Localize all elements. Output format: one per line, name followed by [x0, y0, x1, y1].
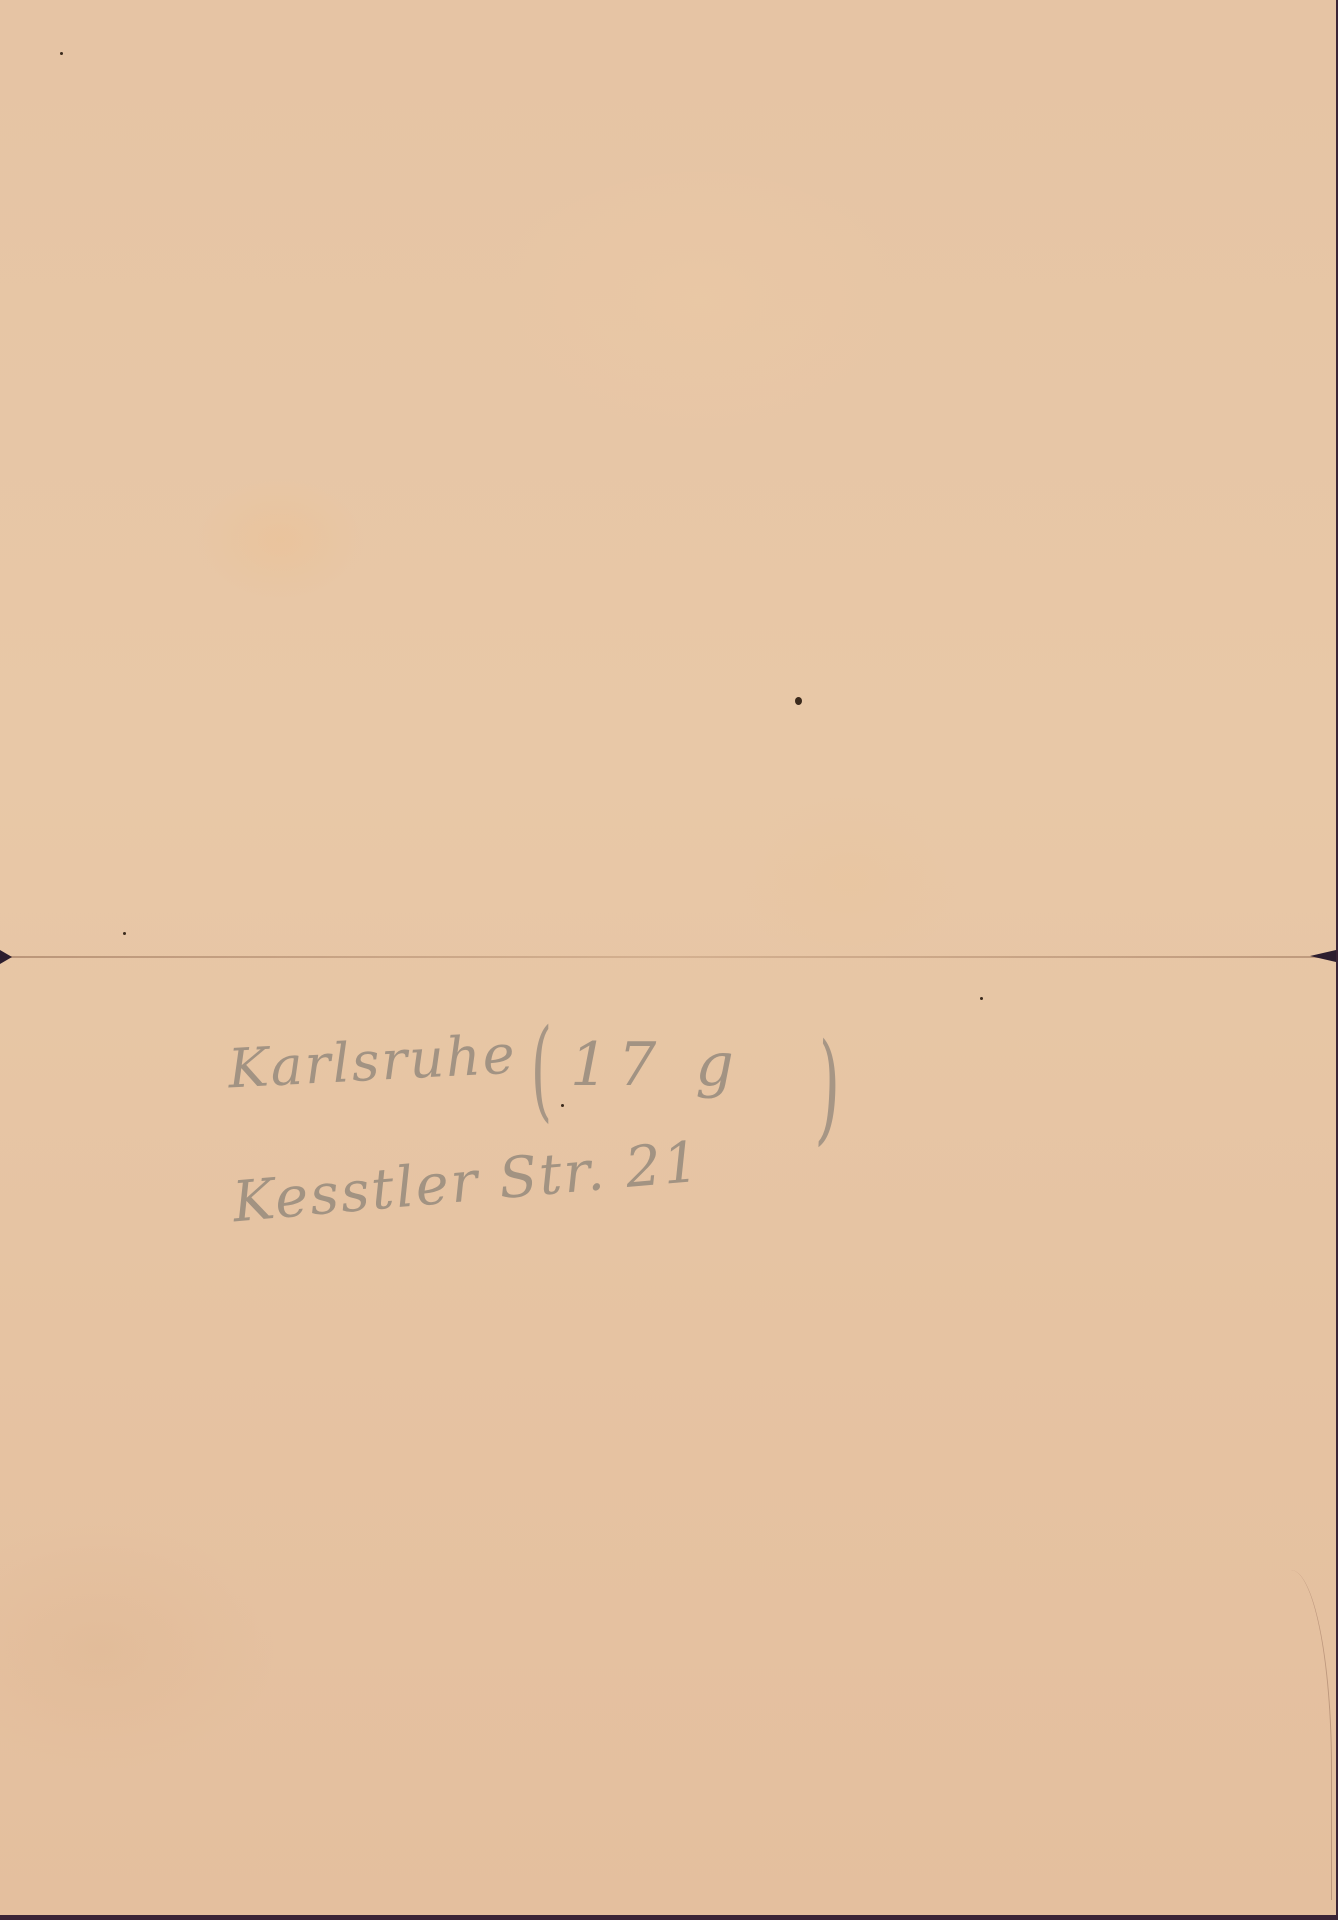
ink-speck: [60, 52, 63, 55]
handwritten-street: Kesstler Str. 21: [230, 1130, 703, 1236]
handwritten-code: 17 g: [570, 1030, 744, 1100]
handwritten-paren-close: ): [814, 1018, 843, 1161]
ink-speck: [795, 697, 802, 705]
ink-speck: [980, 997, 983, 1000]
fold-crease: [0, 956, 1336, 958]
handwritten-city: Karlsruhe: [227, 1022, 519, 1100]
ink-speck: [123, 932, 126, 935]
handwritten-paren-open: (: [531, 1005, 552, 1133]
fold-notch-left: [0, 950, 12, 964]
ink-speck: [561, 1104, 564, 1107]
edge-crease: [1291, 1570, 1332, 1900]
paper-card: Karlsruhe ( 17 g ) Kesstler Str. 21: [0, 0, 1336, 1915]
fold-notch-right: [1310, 950, 1336, 962]
